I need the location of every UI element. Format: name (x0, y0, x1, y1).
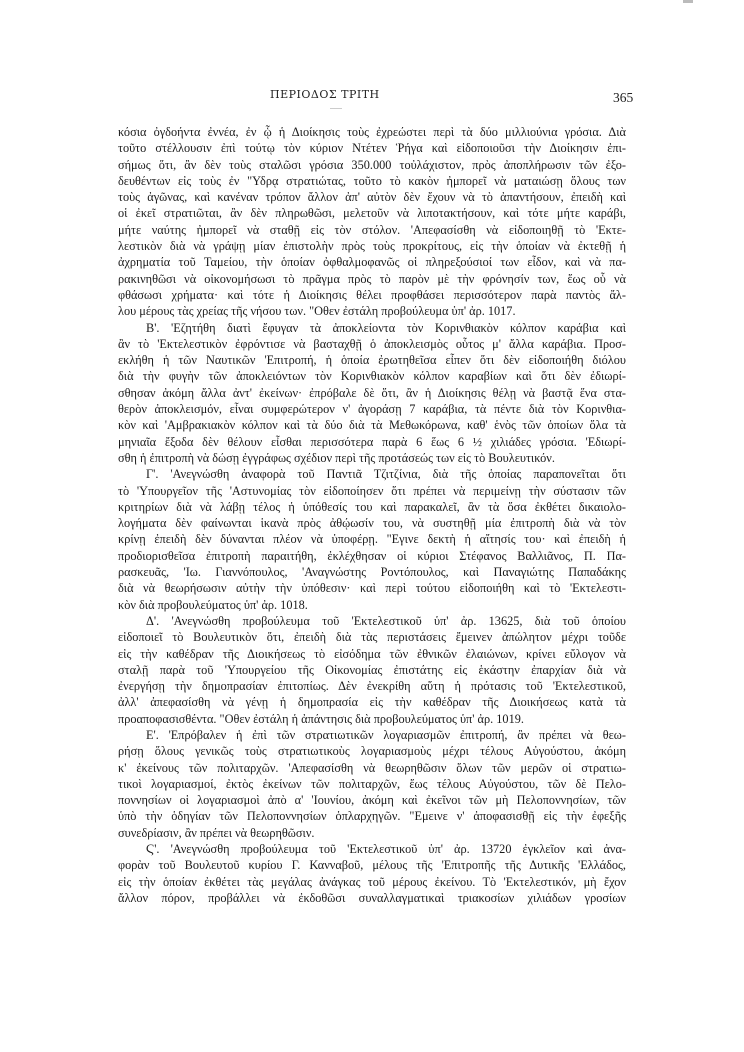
page-number: 365 (613, 90, 633, 106)
text-line: φθάσωσι χρήματα· καὶ τότε ἡ Διοίκησις θέ… (118, 287, 626, 303)
text-line: ἂν τὸ 'Εκτελεστικὸν ἐφρόντισε νὰ βασταχθ… (118, 336, 626, 352)
paragraph-c: Γ'. 'Ανεγνώσθη ἀναφορὰ τοῦ Παντιᾶ Τζιτζί… (118, 466, 626, 613)
text-line: ποννησίων οἱ λογαριασμοὶ ἀπὸ α' 'Ιουνίου… (118, 792, 626, 808)
paragraph-continuation: κόσια ὀγδοήντα ἐννέα, ἐν ᾧ ἡ Διοίκησις τ… (118, 124, 626, 320)
text-line: συνεδρίασιν, ἂν πρέπει νὰ θεωρηθῶσιν. (118, 825, 626, 841)
text-line: εἰς τὴν ὁποίαν ἐκθέτει τὰς μεγάλας ἀνάγκ… (118, 874, 626, 890)
text-line: σθησαν ἀκόμη ἄλλα ἀντ' ἐκείνων· ἐπρόβαλε… (118, 385, 626, 401)
text-line: τοὺς ἀγῶνας, καὶ κανέναν τρόπον ἄλλον ἀπ… (118, 189, 626, 205)
text-line: διὰ τὴν φυγὴν τῶν ἀποκλειόντων τὸν Κοριν… (118, 368, 626, 384)
text-line: Ϛ'. 'Ανεγνώσθη προβούλευμα τοῦ 'Εκτελεστ… (118, 841, 626, 857)
header-mark (330, 108, 342, 109)
text-line: δευθέντων εἰς τοὺς ἐν "Υδρᾳ στρατιώτας, … (118, 173, 626, 189)
text-line: διὰ νὰ θεωρήσωσιν αὐτὴν τὴν ὑπόθεσιν· κα… (118, 580, 626, 596)
text-line: ἐνεργήσῃ τὴν δημοπρασίαν ἐπιτοπίως. Δὲν … (118, 678, 626, 694)
text-line: κρίνῃ ἐπειδὴ δὲν δύνανται πλέον νὰ ὑποφέ… (118, 531, 626, 547)
text-line: σθη ἡ ἐπιτροπὴ νὰ δώσῃ ἐγγράφως σχέδιον … (118, 450, 626, 466)
text-line: μήτε ναύτης ἠμπορεῖ νὰ σταθῇ εἰς τὸν στό… (118, 222, 626, 238)
text-line: κὸν διὰ προβουλεύματος ὑπ' ἀρ. 1018. (118, 597, 626, 613)
text-line: τικοὶ λογαριασμοί, ἐκτὸς ἐκείνων τῶν πολ… (118, 776, 626, 792)
text-line: λογήματα δὲν φαίνωνται ἱκανὰ πρὸς ἀθῴωσί… (118, 515, 626, 531)
text-line: θερὸν ἀποκλεισμόν, εἶναι συμφερώτερον ν'… (118, 401, 626, 417)
paragraph-b: Β'. 'Εζητήθη διατὶ ἔφυγαν τὰ ἀποκλείοντα… (118, 320, 626, 467)
running-title: ΠΕΡΙΟΔΟΣ ΤΡΙΤΗ (270, 88, 380, 101)
paragraph-d: Δ'. 'Ανεγνώσθη προβούλευμα τοῦ 'Εκτελεστ… (118, 613, 626, 727)
text-line: εκλήθη ἡ τῶν Ναυτικῶν 'Επιτροπή, ἡ ὁποία… (118, 352, 626, 368)
text-line: ἀλλ' ἀπεφασίσθη νὰ γένῃ ἡ δημοπρασία εἰς… (118, 694, 626, 710)
text-line: Δ'. 'Ανεγνώσθη προβούλευμα τοῦ 'Εκτελεστ… (118, 613, 626, 629)
text-line: Γ'. 'Ανεγνώσθη ἀναφορὰ τοῦ Παντιᾶ Τζιτζί… (118, 466, 626, 482)
text-line: κριτηρίων διὰ νὰ λάβῃ τέλος ἡ ὑπόθεσίς τ… (118, 499, 626, 515)
text-line: οἱ ἐκεῖ στρατιῶται, ἂν δὲν πληρωθῶσι, με… (118, 205, 626, 221)
document-page: ΠΕΡΙΟΔΟΣ ΤΡΙΤΗ 365 κόσια ὀγδοήντα ἐννέα,… (0, 0, 744, 1052)
paragraph-e: Ε'. 'Επρόβαλεν ἡ ἐπὶ τῶν στρατιωτικῶν λο… (118, 727, 626, 841)
text-line: ἀχρηματία τοῦ Ταμείου, τὴν ὁποίαν ὀφθαλμ… (118, 254, 626, 270)
body-text: κόσια ὀγδοήντα ἐννέα, ἐν ᾧ ἡ Διοίκησις τ… (118, 124, 626, 906)
text-line: σήμως ὅτι, ἂν δὲν τοὺς σταλῶσι γρόσια 35… (118, 157, 626, 173)
text-line: κὸν καὶ 'Αμβρακιακὸν κόλπον καὶ τὰ δύο δ… (118, 417, 626, 433)
text-line: τὸ 'Υπουργεῖον τῆς 'Αστυνομίας τὸν εἰδοπ… (118, 483, 626, 499)
text-line: κόσια ὀγδοήντα ἐννέα, ἐν ᾧ ἡ Διοίκησις τ… (118, 124, 626, 140)
scan-corner-mark (683, 0, 693, 3)
paragraph-f: Ϛ'. 'Ανεγνώσθη προβούλευμα τοῦ 'Εκτελεστ… (118, 841, 626, 906)
text-line: μηνιαῖα ἔξοδα δὲν θέλουν εἶσθαι περισσότ… (118, 434, 626, 450)
text-line: φορὰν τοῦ Βουλευτοῦ κυρίου Γ. Κανναβοῦ, … (118, 857, 626, 873)
text-line: λου μέρους τὰς χρείας τῆς νήσου των. "Οθ… (118, 303, 626, 319)
text-line: εἰδοποιεῖ τὸ Βουλευτικὸν ὅτι, ἐπειδὴ διὰ… (118, 629, 626, 645)
text-line: κ' ἐκείνους τῶν πολιταρχῶν. 'Απεφασίσθη … (118, 760, 626, 776)
text-line: ρήσῃ ὅλους γενικῶς τοὺς στρατιωτικοὺς λο… (118, 743, 626, 759)
text-line: τοῦτο στέλλουσιν ἐπὶ τούτῳ τὸν κύριον Ντ… (118, 140, 626, 156)
text-line: ρασκευᾶς, 'Ιω. Γιαννόπουλος, 'Αναγνώστης… (118, 564, 626, 580)
text-line: προδιορισθεῖσα ἐπιτροπὴ παραιτήθη, ἐκλέχ… (118, 548, 626, 564)
text-line: λεστικὸν διὰ νὰ γράψῃ μίαν ἐπιστολὴν πρὸ… (118, 238, 626, 254)
text-line: Β'. 'Εζητήθη διατὶ ἔφυγαν τὰ ἀποκλείοντα… (118, 320, 626, 336)
text-line: Ε'. 'Επρόβαλεν ἡ ἐπὶ τῶν στρατιωτικῶν λο… (118, 727, 626, 743)
text-line: ἄλλον πόρον, προβάλλει νὰ ἐκδοθῶσι συναλ… (118, 890, 626, 906)
text-line: προαποφασισθέντα. "Οθεν ἐστάλη ἡ ἀπάντησ… (118, 711, 626, 727)
text-line: ρακινηθῶσι νὰ οἰκονομήσωσι τὸ πρᾶγμα πρὸ… (118, 271, 626, 287)
text-line: ὑπὸ τὴν ὁδηγίαν τῶν Πελοποννησίων ὁπλαρχ… (118, 808, 626, 824)
text-line: σταλῇ παρὰ τοῦ 'Υπουργείου τῆς Οἰκονομία… (118, 662, 626, 678)
text-line: εἰς τὴν καθέδραν τῆς Διοικήσεως τὸ εἰσόδ… (118, 646, 626, 662)
